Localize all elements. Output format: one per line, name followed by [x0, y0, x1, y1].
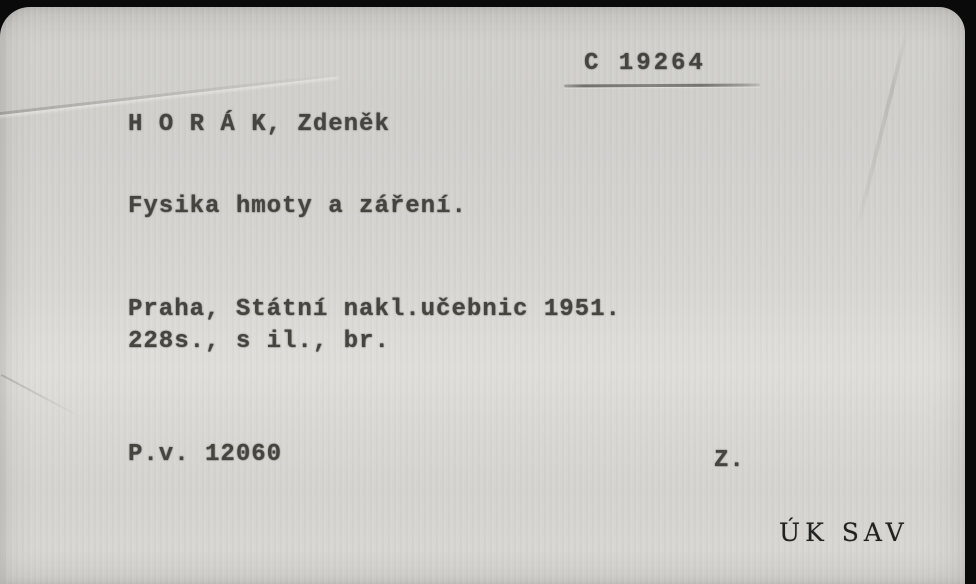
format-note: Z.	[714, 447, 745, 475]
call-number: C 19264	[584, 50, 706, 78]
title-line: Fysika hmoty a záření.	[128, 193, 467, 221]
author-heading: H O R Á K, Zdeněk	[128, 111, 390, 139]
imprint-line-1: Praha, Státní nakl.učebnic 1951.	[128, 296, 621, 324]
paper-crease	[1, 374, 81, 418]
imprint-line-2: 228s., s il., br.	[128, 328, 390, 356]
paper-crease	[855, 28, 910, 233]
paper-crease	[0, 73, 338, 115]
library-stamp: ÚK SAV	[779, 518, 909, 547]
accession-number: P.v. 12060	[128, 441, 282, 469]
scanned-catalog-card-photo: C 19264 H O R Á K, Zdeněk Fysika hmoty a…	[0, 0, 976, 584]
